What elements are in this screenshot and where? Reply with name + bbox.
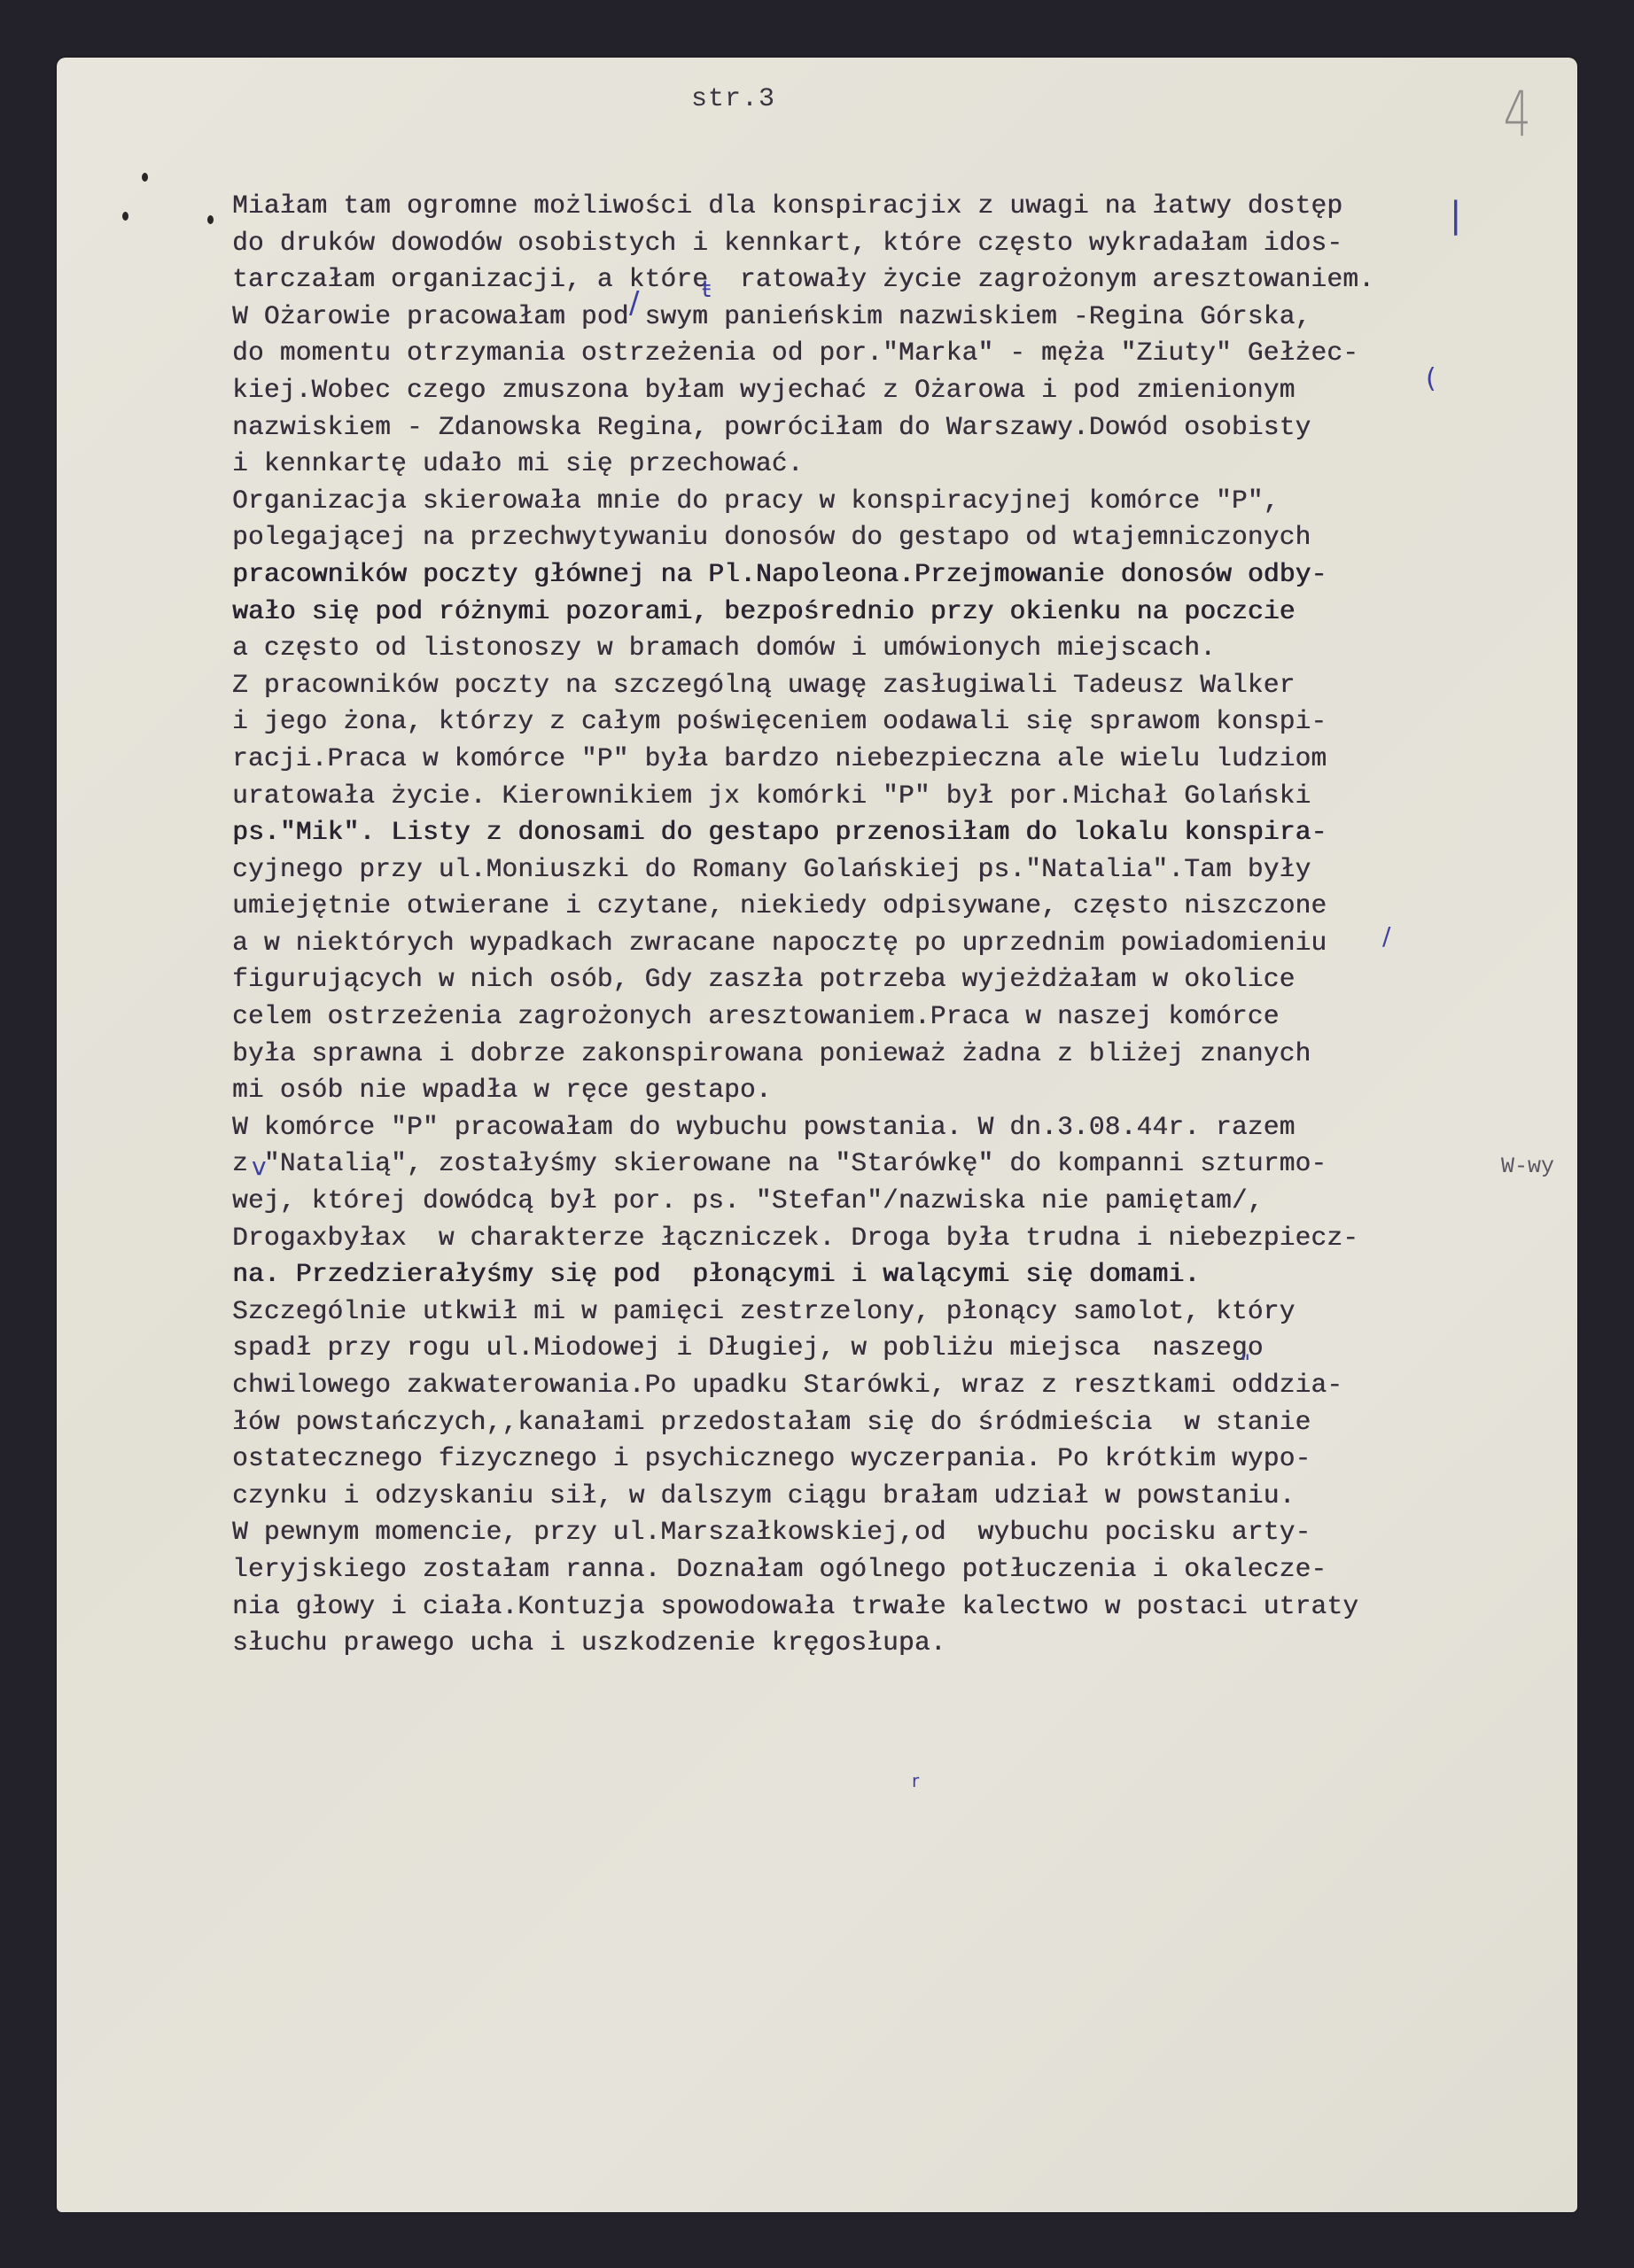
text-line: chwilowego zakwaterowania.Po upadku Star…: [232, 1367, 1597, 1404]
text-line: Miałam tam ogromne możliwości dla konspi…: [232, 188, 1597, 225]
pen-correction-mark: /: [629, 285, 639, 321]
text-line: cyjnego przy ul.Moniuszki do Romany Gola…: [232, 851, 1597, 889]
text-line: tarczałam organizacji, a które ratowały …: [232, 261, 1597, 299]
pen-correction-mark: r: [912, 1770, 919, 1791]
margin-note: W-wy: [1501, 1153, 1554, 1179]
punch-hole: [142, 173, 148, 182]
text-line: uratowała życie. Kierownikiem jx komórki…: [232, 778, 1597, 815]
punch-hole: [122, 212, 128, 221]
text-line: czynku i odzyskaniu sił, w dalszym ciągu…: [232, 1478, 1597, 1515]
pen-correction-mark: v: [252, 1152, 267, 1181]
text-line: nazwiskiem - Zdanowska Regina, powróciła…: [232, 409, 1597, 447]
text-line: mi osób nie wpadła w ręce gestapo.: [232, 1072, 1597, 1109]
text-line: celem ostrzeżenia zagrożonych aresztowan…: [232, 998, 1597, 1036]
handwritten-folio-number: 4: [1504, 78, 1531, 151]
text-line: i jego żona, którzy z całym poświęceniem…: [232, 703, 1597, 741]
text-line: do druków dowodów osobistych i kennkart,…: [232, 225, 1597, 262]
text-line: kiej.Wobec czego zmuszona byłam wyjechać…: [232, 372, 1597, 409]
text-line: W pewnym momencie, przy ul.Marszałkowski…: [232, 1514, 1597, 1551]
text-line: leryjskiego zostałam ranna. Doznałam ogó…: [232, 1551, 1597, 1588]
text-line: a często od listonoszy w bramach domów i…: [232, 630, 1597, 667]
pen-correction-mark: /: [1382, 921, 1390, 951]
text-line: spadł przy rogu ul.Miodowej i Długiej, w…: [232, 1330, 1597, 1367]
text-line: i kennkartę udało mi się przechować.: [232, 446, 1597, 483]
typewritten-body: Miałam tam ogromne możliwości dla konspi…: [232, 188, 1597, 1662]
pen-correction-mark: ŧ: [702, 276, 711, 303]
text-line: wało się pod różnymi pozorami, bezpośred…: [232, 594, 1597, 631]
text-line: a w niektórych wypadkach zwracane napocz…: [232, 925, 1597, 962]
text-line: Z pracowników poczty na szczególną uwagę…: [232, 667, 1597, 704]
text-line: była sprawna i dobrze zakonspirowana pon…: [232, 1036, 1597, 1073]
text-line: W Ożarowie pracowałam pod swym panieński…: [232, 299, 1597, 336]
text-line: wej, której dowódcą był por. ps. "Stefan…: [232, 1183, 1597, 1220]
text-line: racji.Praca w komórce "P" była bardzo ni…: [232, 741, 1597, 778]
page-label: str.3: [691, 84, 775, 114]
pen-correction-mark: ": [1241, 1350, 1250, 1375]
text-line: nia głowy i ciała.Kontuzja spowodowała t…: [232, 1588, 1597, 1626]
text-line: W komórce "P" pracowałam do wybuchu pows…: [232, 1109, 1597, 1146]
text-line: polegającej na przechwytywaniu donosów d…: [232, 519, 1597, 556]
pen-correction-mark: |: [1450, 195, 1461, 236]
text-line: na. Przedzierałyśmy się pod płonącymi i …: [232, 1256, 1597, 1293]
text-line: do momentu otrzymania ostrzeżenia od por…: [232, 335, 1597, 372]
text-line: ps."Mik". Listy z donosami do gestapo pr…: [232, 814, 1597, 851]
text-line: Organizacja skierowała mnie do pracy w k…: [232, 483, 1597, 520]
punch-hole: [207, 215, 214, 224]
text-line: figurujących w nich osób, Gdy zaszła pot…: [232, 961, 1597, 998]
text-line: pracowników poczty głównej na Pl.Napoleo…: [232, 556, 1597, 594]
text-line: Drogaxbyłax w charakterze łączniczek. Dr…: [232, 1220, 1597, 1257]
text-line: łów powstańczych,,kanałami przedostałam …: [232, 1404, 1597, 1441]
text-line: słuchu prawego ucha i uszkodzenie kręgos…: [232, 1625, 1597, 1662]
pen-correction-mark: (: [1426, 363, 1436, 394]
text-line: z "Natalią", zostałyśmy skierowane na "S…: [232, 1146, 1597, 1183]
text-line: umiejętnie otwierane i czytane, niekiedy…: [232, 888, 1597, 925]
text-line: Szczególnie utkwił mi w pamięci zestrzel…: [232, 1293, 1597, 1331]
text-line: ostatecznego fizycznego i psychicznego w…: [232, 1441, 1597, 1478]
